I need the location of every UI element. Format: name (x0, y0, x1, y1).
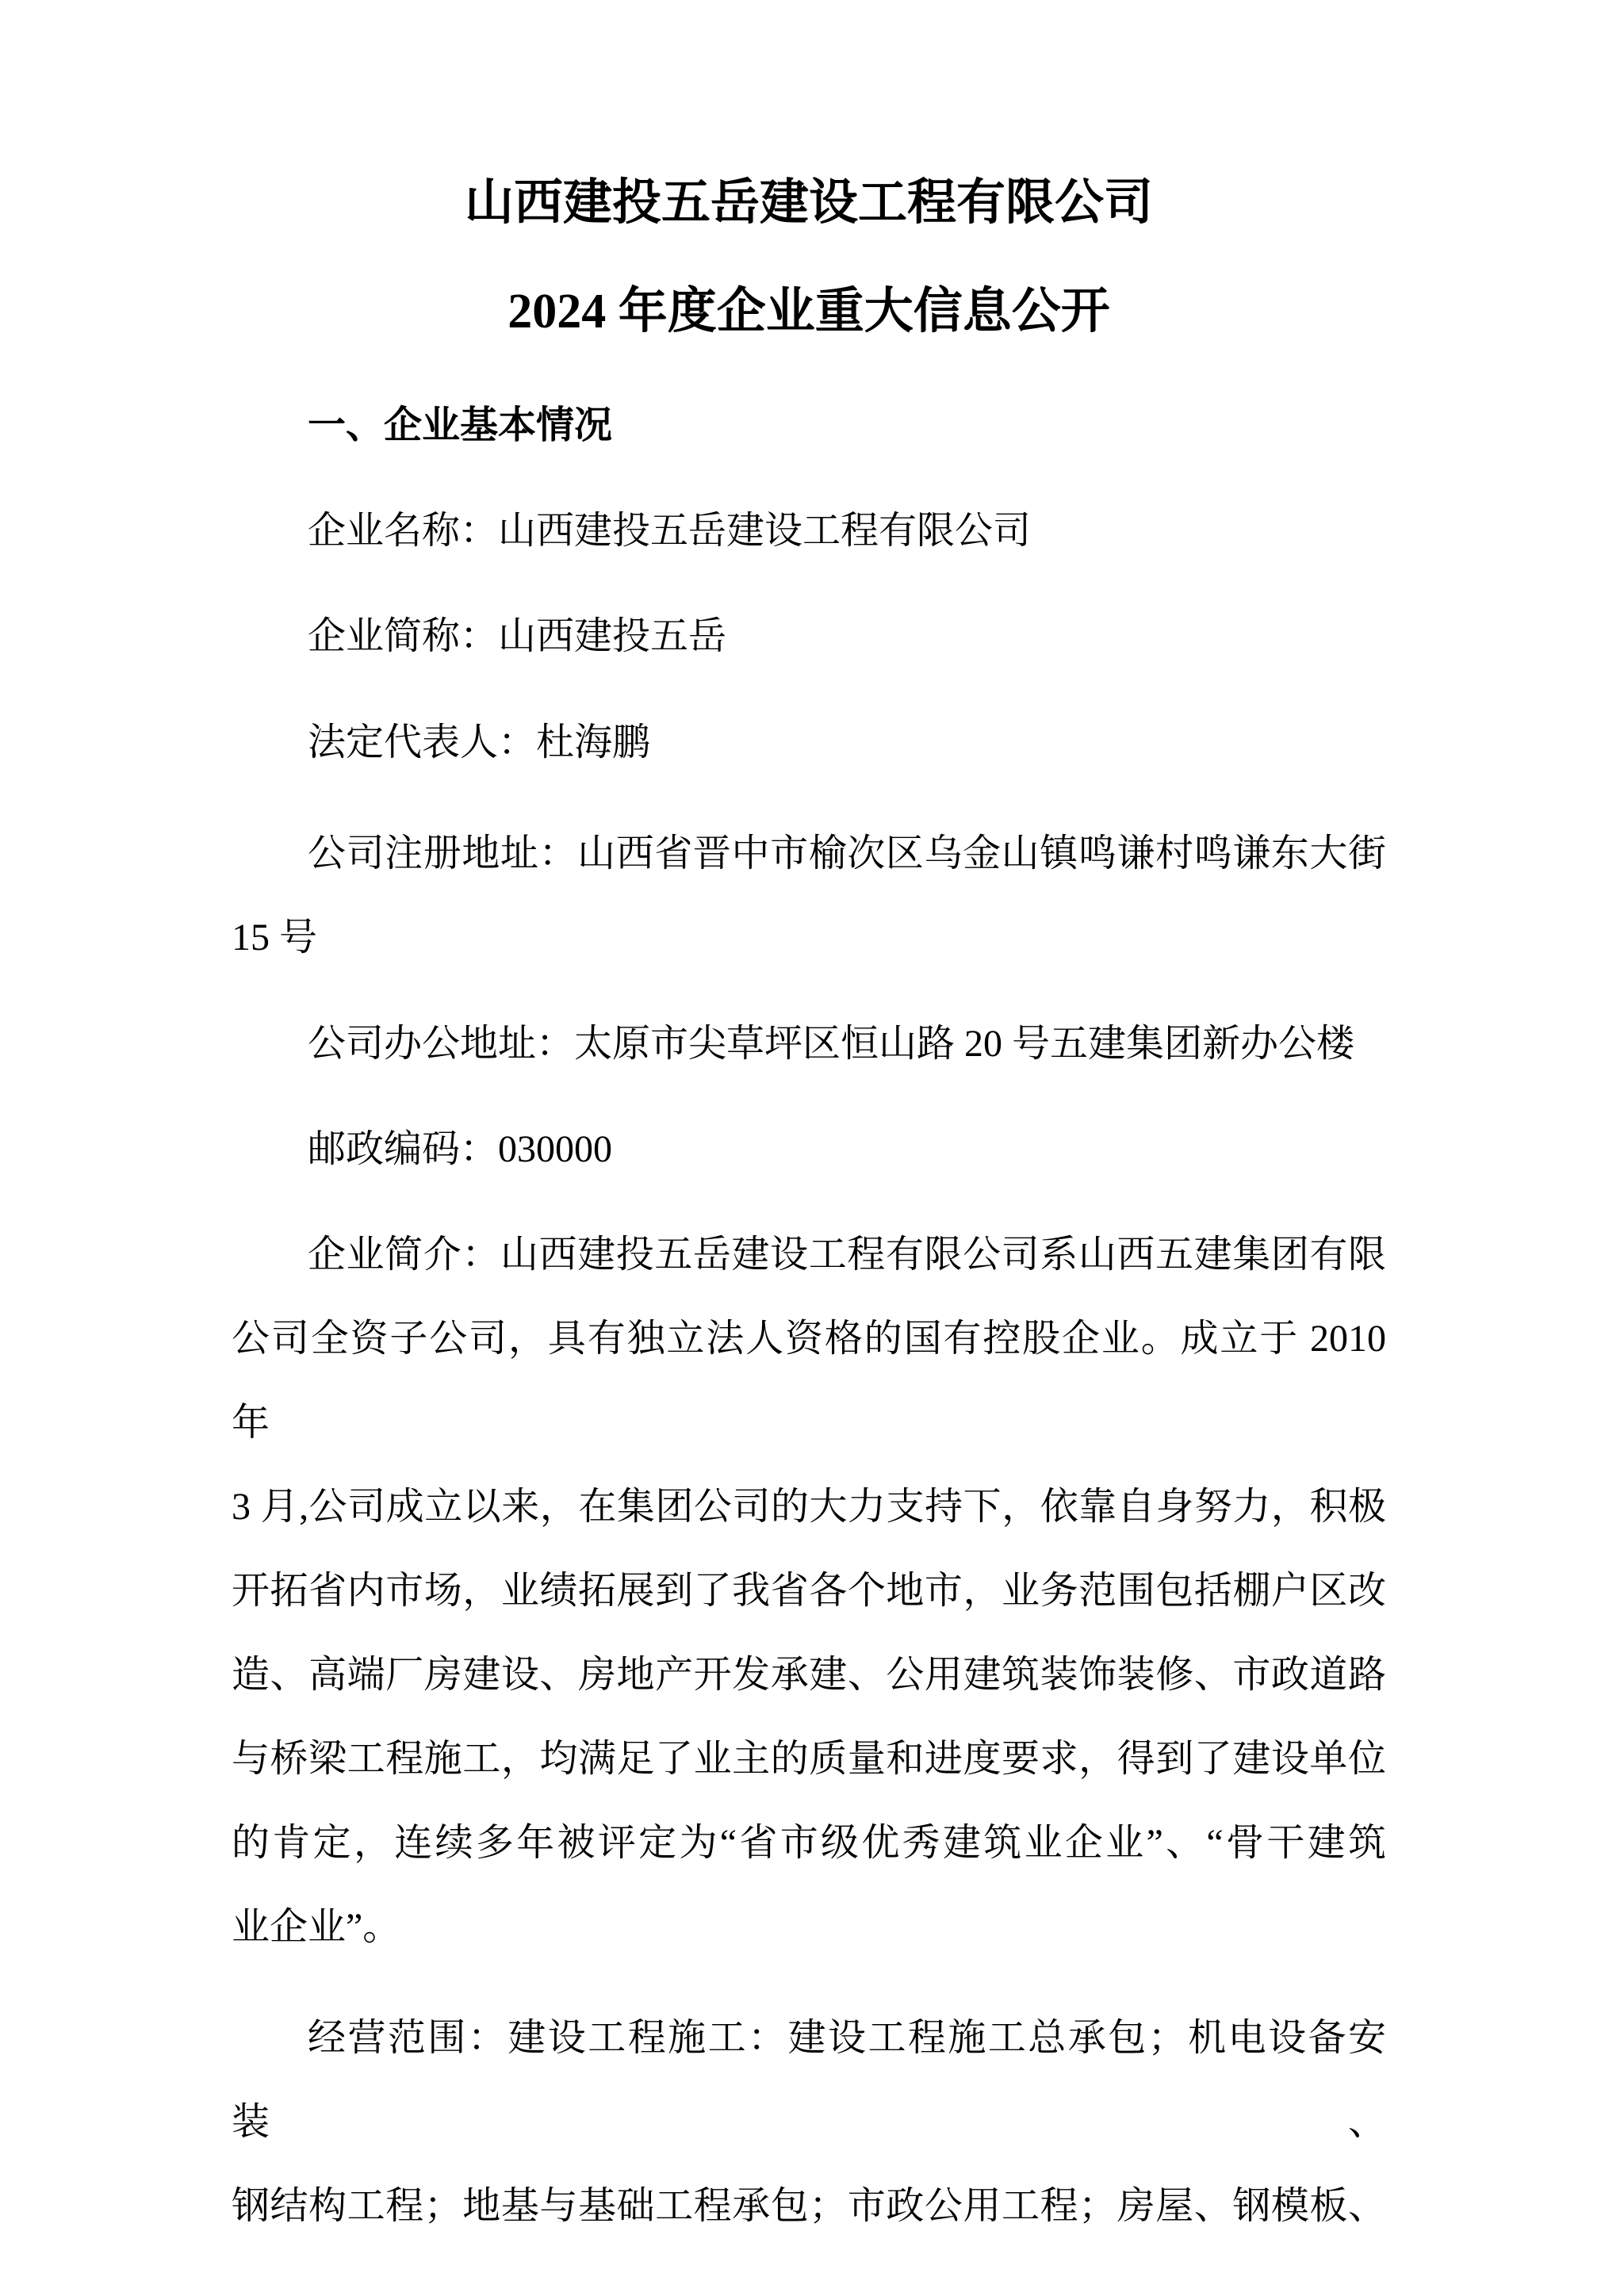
paragraph-line-profile-8: 业企业”。 (232, 1885, 1386, 1969)
paragraph-line-reg-address-2: 15 号 (232, 896, 1386, 980)
paragraph-line-company-short: 企业简称：山西建投五岳 (232, 595, 1386, 679)
paragraph-line-profile-4: 开拓省内市场，业绩拓展到了我省各个地市，业务范围包括棚户区改 (232, 1549, 1386, 1633)
paragraph-line-scope-1: 经营范围：建设工程施工：建设工程施工总承包；机电设备安装、 (232, 1996, 1386, 2164)
section-heading: 一、企业基本情况 (232, 384, 1386, 468)
document-page: 山西建投五岳建设工程有限公司 2024 年度企业重大信息公开 一、企业基本情况 … (0, 0, 1624, 2296)
paragraph-line-profile-2: 公司全资子公司，具有独立法人资格的国有控股企业。成立于 2010 年 (232, 1297, 1386, 1465)
document-title: 山西建投五岳建设工程有限公司 (232, 161, 1386, 245)
paragraph-line-profile-1: 企业简介：山西建投五岳建设工程有限公司系山西五建集团有限 (232, 1213, 1386, 1297)
paragraph-line-profile-3: 3 月,公司成立以来，在集团公司的大力支持下，依靠自身努力，积极 (232, 1465, 1386, 1549)
paragraph-line-scope-2: 钢结构工程；地基与基础工程承包；市政公用工程；房屋、钢模板、 (232, 2164, 1386, 2248)
paragraph-line-office-address: 公司办公地址：太原市尖草坪区恒山路 20 号五建集团新办公楼 (232, 1002, 1386, 1086)
paragraph-line-profile-5: 造、高端厂房建设、房地产开发承建、公用建筑装饰装修、市政道路 (232, 1633, 1386, 1717)
paragraph-line-postal-code: 邮政编码：030000 (232, 1108, 1386, 1192)
paragraph-line-legal-rep: 法定代表人：杜海鹏 (232, 701, 1386, 785)
paragraph-line-profile-7: 的肯定，连续多年被评定为“省市级优秀建筑业企业”、“骨干建筑 (232, 1801, 1386, 1885)
paragraph-line-profile-6: 与桥梁工程施工，均满足了业主的质量和进度要求，得到了建设单位 (232, 1717, 1386, 1801)
paragraph-line-company-name: 企业名称：山西建投五岳建设工程有限公司 (232, 489, 1386, 573)
paragraph-line-reg-address-1: 公司注册地址：山西省晋中市榆次区乌金山镇鸣谦村鸣谦东大街 (232, 812, 1386, 896)
document-subtitle: 2024 年度企业重大信息公开 (232, 270, 1386, 354)
